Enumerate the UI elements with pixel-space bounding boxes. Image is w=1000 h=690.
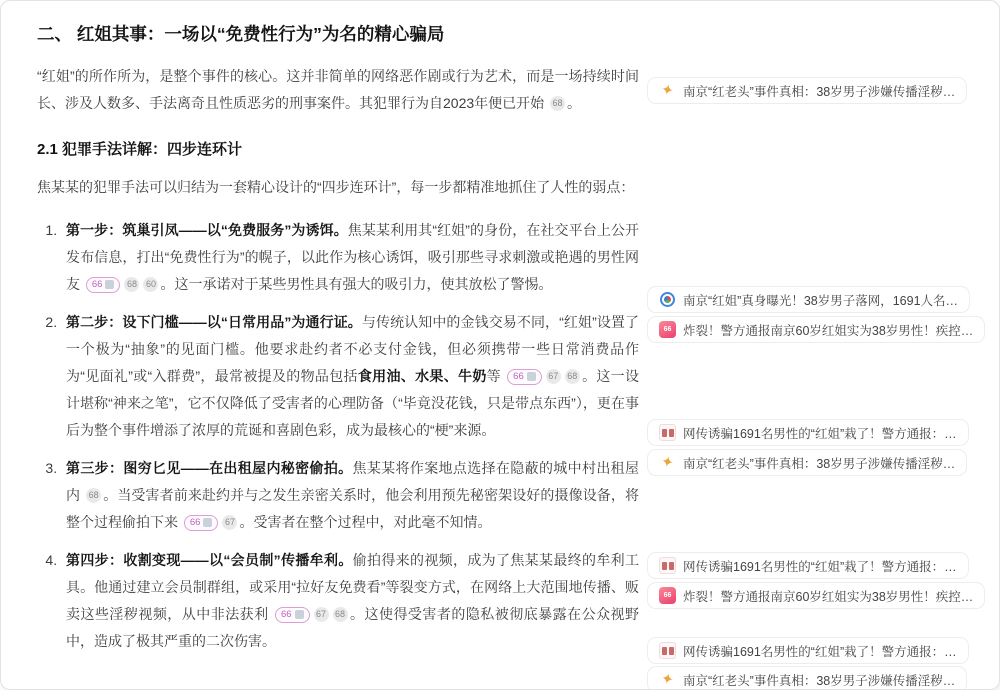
citation-card[interactable]: 网传诱骗1691名男性的“红姐”栽了！警方通报：… [647,637,969,664]
pill-number: 66 [190,518,201,528]
citation-card[interactable]: 炸裂！警方通报南京60岁红姐实为38岁男性！疾控… [647,316,985,343]
citation-card[interactable]: 南京“红姐”真身曝光！38岁男子落网，1691人名… [647,286,970,313]
inline-citation-badge[interactable]: 68 [124,277,139,292]
list-item-step-4: 第四步：收割变现——以“会员制”传播牟利。偷拍得来的视频，成为了焦某某最终的牟利… [61,547,639,655]
color-orb-icon [660,292,675,307]
intro-paragraph: “红姐”的所作所为，是整个事件的核心。这并非简单的网络恶作剧或行为艺术，而是一场… [37,63,639,117]
text-run: 焦某某的犯罪手法可以归结为一套精心设计的“四步连环计”，每一步都精准地抓住了人性… [37,179,634,195]
inline-citation-pill[interactable]: 66 [507,369,542,385]
citation-card[interactable]: 南京“红老头”事件真相：38岁男子涉嫌传播淫秽… [647,666,967,690]
page-title: 二、 红姐其事：一场以“免费性行为”为名的精心骗局 [37,22,639,47]
inline-citation-badge[interactable]: 67 [314,607,329,622]
bold-text-run: 第三步：图穷匕见——在出租屋内秘密偷拍。 [66,460,353,476]
bold-text-run: 第一步：筑巢引凤——以“免费服务”为诱饵。 [66,222,348,238]
pill-number: 66 [281,610,292,620]
inline-citation-badge[interactable]: 67 [546,369,561,384]
citation-title: 炸裂！警方通报南京60岁红姐实为38岁男性！疾控… [683,587,973,605]
source-favicon-icon [295,610,304,619]
list-item-step-3: 第三步：图穷匕见——在出租屋内秘密偷拍。焦某某将作案地点选择在隐蔽的城中村出租屋… [61,455,639,536]
citation-card[interactable]: 炸裂！警方通报南京60岁红姐实为38岁男性！疾控… [647,582,985,609]
inline-citation-pill[interactable]: 66 [275,607,310,623]
text-run: 。 [567,95,581,111]
pink-app-icon [659,321,676,338]
steps-list: 第一步：筑巢引凤——以“免费服务”为诱饵。焦某某利用其“红姐”的身份，在社交平台… [37,217,639,655]
citation-title: 南京“红姐”真身曝光！38岁男子落网，1691人名… [683,291,958,309]
main-content: 二、 红姐其事：一场以“免费性行为”为名的精心骗局 “红姐”的所作所为，是整个事… [37,1,639,666]
citation-card[interactable]: 南京“红老头”事件真相：38岁男子涉嫌传播淫秽… [647,449,967,476]
lead-paragraph: 焦某某的犯罪手法可以归结为一套精心设计的“四步连环计”，每一步都精准地抓住了人性… [37,174,639,201]
pink-app-icon [659,587,676,604]
red-characters-icon [659,557,676,574]
inline-citation-pill[interactable]: 66 [86,277,121,293]
citation-card[interactable]: 网传诱骗1691名男性的“红姐”栽了！警方通报：… [647,552,969,579]
source-favicon-icon [105,280,114,289]
inline-citation-badge[interactable]: 68 [565,369,580,384]
document-page: 二、 红姐其事：一场以“免费性行为”为名的精心骗局 “红姐”的所作所为，是整个事… [0,0,1000,690]
sparkle-icon [659,454,676,471]
pill-number: 66 [513,372,524,382]
bold-text-run: 第二步：设下门槛——以“日常用品”为通行证。 [66,314,362,330]
list-item-step-1: 第一步：筑巢引凤——以“免费服务”为诱饵。焦某某利用其“红姐”的身份，在社交平台… [61,217,639,298]
citation-card[interactable]: 南京“红老头”事件真相：38岁男子涉嫌传播淫秽… [647,77,967,104]
source-favicon-icon [527,372,536,381]
inline-citation-badge[interactable]: 68 [333,607,348,622]
inline-citation-badge[interactable]: 68 [86,488,101,503]
citations-panel: 南京“红老头”事件真相：38岁男子涉嫌传播淫秽… 南京“红姐”真身曝光！38岁男… [647,1,993,689]
red-characters-icon [659,642,676,659]
inline-citation-badge[interactable]: 60 [143,277,158,292]
text-run: “红姐”的所作所为，是整个事件的核心。这并非简单的网络恶作剧或行为艺术，而是一场… [37,68,639,111]
text-run: 。这一承诺对于某些男性具有强大的吸引力，使其放松了警惕。 [160,276,552,292]
inline-citation-badge[interactable]: 68 [550,96,565,111]
bold-text-run: 食用油、水果、牛奶 [358,368,487,384]
bold-text-run: 第四步：收割变现——以“会员制”传播牟利。 [66,552,353,568]
list-item-step-2: 第二步：设下门槛——以“日常用品”为通行证。与传统认知中的金钱交易不同，“红姐”… [61,309,639,444]
text-run: 。受害者在整个过程中，对此毫不知情。 [239,514,491,530]
pill-number: 66 [92,280,103,290]
citation-card[interactable]: 网传诱骗1691名男性的“红姐”栽了！警方通报：… [647,419,969,446]
red-characters-icon [659,424,676,441]
citation-title: 网传诱骗1691名男性的“红姐”栽了！警方通报：… [683,557,957,575]
inline-citation-pill[interactable]: 66 [184,515,219,531]
text-run: 等 [487,368,506,384]
sparkle-icon [659,671,676,688]
source-favicon-icon [203,518,212,527]
inline-citation-badge[interactable]: 67 [222,515,237,530]
citation-title: 网传诱骗1691名男性的“红姐”栽了！警方通报：… [683,424,957,442]
citation-title: 炸裂！警方通报南京60岁红姐实为38岁男性！疾控… [683,321,973,339]
citation-title: 南京“红老头”事件真相：38岁男子涉嫌传播淫秽… [683,454,955,472]
sparkle-icon [659,82,676,99]
subsection-title: 2.1 犯罪手法详解：四步连环计 [37,139,639,161]
citation-title: 南京“红老头”事件真相：38岁男子涉嫌传播淫秽… [683,82,955,100]
citation-title: 南京“红老头”事件真相：38岁男子涉嫌传播淫秽… [683,671,955,689]
citation-title: 网传诱骗1691名男性的“红姐”栽了！警方通报：… [683,642,957,660]
